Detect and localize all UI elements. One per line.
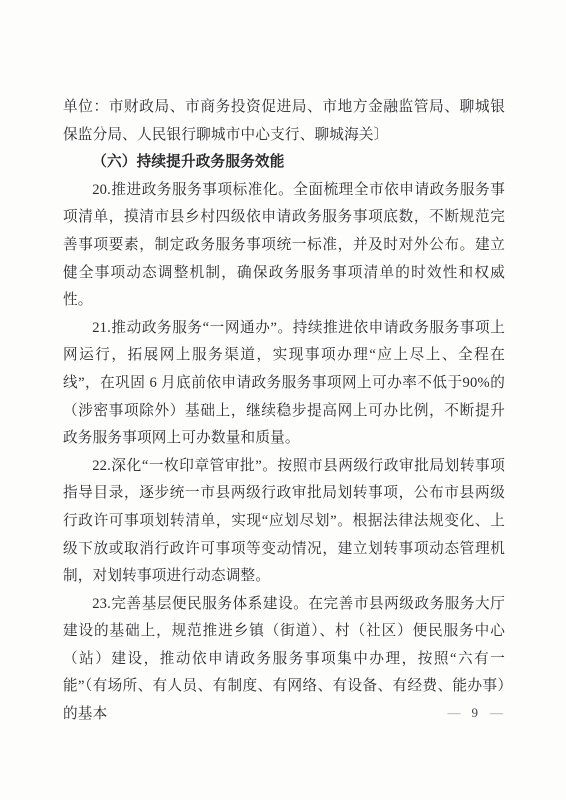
- paragraph-item-23: 23.完善基层便民服务体系建设。在完善市县两级政务服务大厅建设的基础上，规范推进…: [63, 591, 505, 729]
- document-body: 单位：市财政局、市商务投资促进局、市地方金融监管局、聊城银保监分局、人民银行聊城…: [63, 94, 505, 729]
- footer-dash-right: —: [490, 703, 502, 723]
- paragraph-item-22: 22.深化“一枚印章管审批”。按照市县两级行政审批局划转事项指导目录，逐步统一市…: [63, 453, 505, 591]
- page-footer: — 9 —: [448, 703, 503, 723]
- footer-dash-left: —: [448, 703, 460, 723]
- section-heading: （六）持续提升政务服务效能: [63, 149, 505, 177]
- paragraph-continuation: 单位：市财政局、市商务投资促进局、市地方金融监管局、聊城银保监分局、人民银行聊城…: [63, 94, 505, 149]
- document-page: 单位：市财政局、市商务投资促进局、市地方金融监管局、聊城银保监分局、人民银行聊城…: [0, 0, 566, 800]
- page-number: 9: [472, 703, 479, 723]
- paragraph-item-21: 21.推动政务服务“一网通办”。持续推进依申请政务服务事项上网运行，拓展网上服务…: [63, 315, 505, 453]
- paragraph-item-20: 20.推进政务服务事项标准化。全面梳理全市依申请政务服务事项清单，摸清市县乡村四…: [63, 177, 505, 315]
